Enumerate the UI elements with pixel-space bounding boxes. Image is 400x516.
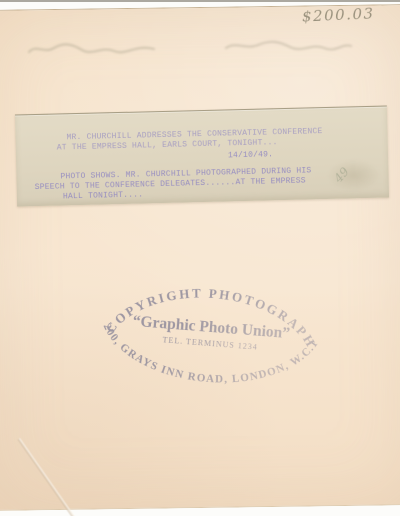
pencil-scribble-left: [26, 36, 158, 67]
scanner-edge-line: [0, 0, 400, 2]
stamp-agency-name: “Graphic Photo Union”: [132, 313, 291, 342]
pencil-scribble-right: [222, 34, 354, 63]
photo-paper: [0, 4, 400, 511]
caption-label: MR. CHURCHILL ADDRESSES THE CONSERVATIVE…: [15, 105, 389, 206]
price-annotation: $200.03: [302, 4, 375, 25]
photo-back-scan: $200.03 MR. CHURCHILL ADDRESSES THE CONS…: [0, 0, 400, 516]
caption-line-5: HALL TONIGHT....: [63, 190, 144, 201]
copyright-stamp: COPYRIGHT PHOTOGRAPH “Graphic Photo Unio…: [84, 253, 338, 414]
caption-date: 14/10/49.: [228, 150, 273, 160]
